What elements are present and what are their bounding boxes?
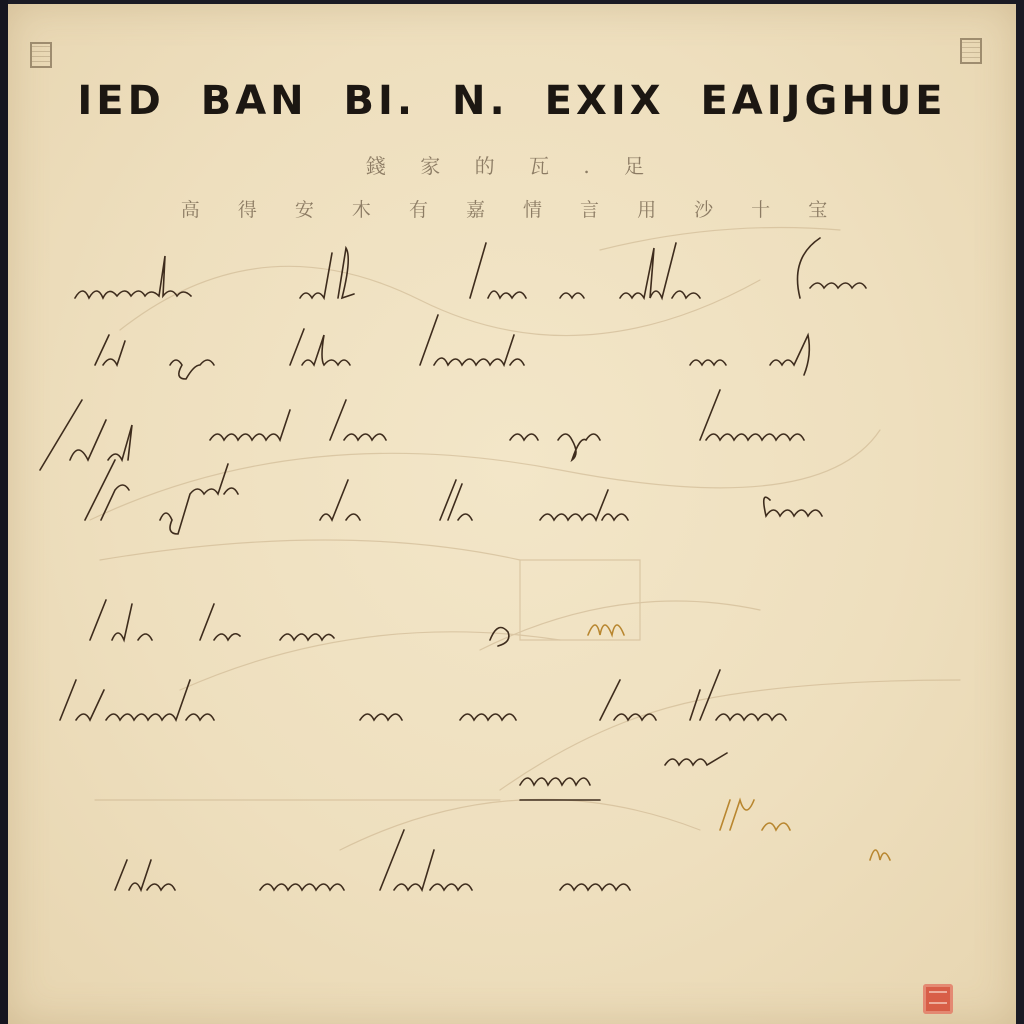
handwritten-body — [0, 0, 1024, 1024]
handwriting-line-6 — [60, 670, 786, 800]
handwriting-line-3 — [40, 390, 804, 470]
gold-ink-strokes — [588, 625, 890, 860]
handwriting-line-2 — [95, 315, 809, 379]
handwriting-line-1 — [75, 238, 866, 298]
faded-strokes — [90, 228, 960, 851]
handwriting-line-5 — [90, 600, 509, 646]
red-seal-stamp — [923, 984, 953, 1014]
handwriting-line-7 — [115, 830, 630, 890]
handwriting-line-4 — [85, 460, 822, 534]
